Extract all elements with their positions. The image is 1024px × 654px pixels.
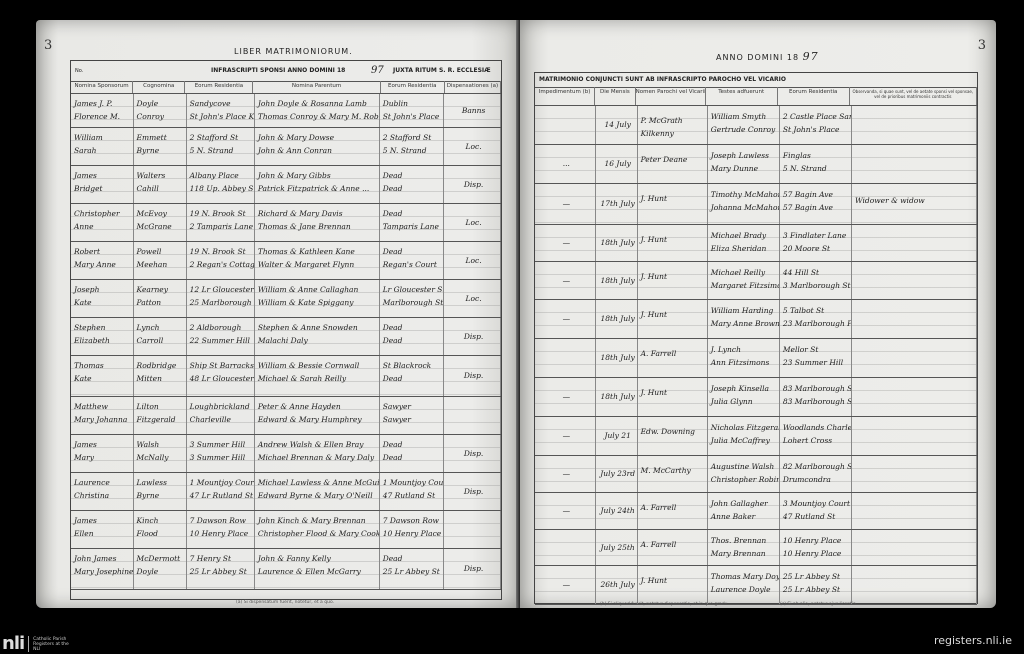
cell-line: Christopher (74, 207, 133, 220)
witnesses: Thomas Mary DoyleLaurence Doyle (708, 566, 780, 604)
cell-line: 5 N. Strand (383, 144, 443, 157)
marriage-date: 26th July (596, 566, 638, 604)
cell-line: Dead (383, 372, 443, 385)
cell-line: Thomas (74, 359, 133, 372)
surnames: PowellMeehan (134, 242, 187, 279)
parents-residence: Lr Gloucester StMarlborough St (380, 280, 444, 317)
cell-line: Timothy McMahon (711, 188, 779, 201)
cell-line: 2 Stafford St (383, 131, 443, 144)
left-banner-year: 97 (371, 61, 384, 81)
cell-line: 7 Henry St (190, 552, 254, 565)
cell-line: Mary Anne (74, 258, 133, 271)
officiating-priest: Edw. Downing (638, 417, 708, 455)
cell-line: Kate (74, 296, 133, 309)
cell-line: Lohert Cross (783, 434, 851, 447)
table-row: RobertMary AnnePowellMeehan19 N. Brook S… (71, 242, 501, 280)
left-page-number: 3 (44, 38, 52, 53)
residence: Ship St Barracks48 Lr Gloucester St (187, 356, 255, 396)
table-row: —26th JulyJ. HuntThomas Mary DoyleLauren… (535, 566, 977, 605)
cell-line: John Doyle & Rosanna Lamb (258, 97, 379, 110)
cell-line: 25 Lr Abbey St (190, 565, 254, 578)
column-header: Eorum Residentia (185, 81, 253, 93)
cell-line: Lynch (137, 321, 186, 334)
register-book: 3 LIBER MATRIMONIORUM. No. INFRASCRIPTI … (36, 20, 996, 608)
dispensation: Loc. (444, 204, 501, 241)
dispensation: Disp. (444, 435, 501, 472)
cell-line: J. Hunt (641, 270, 707, 283)
cell-line: St Blackrock (383, 359, 443, 372)
cell-line: Dead (383, 438, 443, 451)
cell-line: James J. P. (74, 97, 133, 110)
cell-line: Michael Reilly (711, 266, 779, 279)
cell-line: Christina (74, 489, 133, 502)
surnames: EmmettByrne (134, 128, 187, 165)
cell-line: 3 Mountjoy Court (783, 497, 851, 510)
marriage-date: 14 July (596, 106, 638, 144)
table-row: ThomasKateRodbridgeMittenShip St Barrack… (71, 356, 501, 397)
column-header: Testes adfuerunt (706, 87, 778, 105)
cell-line: Dead (383, 321, 443, 334)
cell-line: Lilton (137, 400, 186, 413)
officiating-priest: J. Hunt (638, 262, 708, 299)
groom-bride-given-names: JamesBridget (71, 166, 134, 203)
cell-line: Walter & Margaret Flynn (258, 258, 379, 271)
dispensation: Disp. (444, 166, 501, 203)
residence: 7 Dawson Row10 Henry Place (187, 511, 255, 548)
cell-line: Tamparis Lane (383, 220, 443, 233)
residence: 2 Stafford St5 N. Strand (187, 128, 255, 165)
cell-line: Florence M. (74, 110, 133, 123)
impediment: — (535, 566, 596, 604)
residence: SandycoveSt John's Place Kilkenny (187, 94, 255, 127)
cell-line: Dead (383, 552, 443, 565)
officiating-priest: P. McGrathKilkenny (638, 106, 708, 144)
cell-line: 2 Tamparis Lane (190, 220, 254, 233)
dispensation: Disp. (444, 549, 501, 589)
parents-names: Richard & Mary DavisThomas & Jane Brenna… (255, 204, 380, 241)
impediment (535, 530, 596, 565)
table-row: James J. P.Florence M.DoyleConroySandyco… (71, 94, 501, 128)
cell-line: Ellen (74, 527, 133, 540)
parents-residence: DeadDead (380, 166, 444, 203)
marriage-date: 18th July (596, 262, 638, 299)
witnesses-residence: 3 Findlater Lane20 Moore St (780, 225, 852, 261)
surnames: DoyleConroy (134, 94, 187, 127)
parents-residence: DeadRegan's Court (380, 242, 444, 279)
parents-names: John & Mary GibbsPatrick Fitzpatrick & A… (255, 166, 380, 203)
cell-line: Dublin (383, 97, 443, 110)
cell-line: 10 Henry Place (783, 547, 851, 560)
cell-line: 19 N. Brook St (190, 245, 254, 258)
notes: Widower & widow (852, 184, 977, 224)
cell-line: Andrew Walsh & Ellen Bray (258, 438, 379, 451)
cell-line: Mary Brennan (711, 547, 779, 560)
cell-line: Dead (383, 182, 443, 195)
groom-bride-given-names: JosephKate (71, 280, 134, 317)
cell-line: William Harding (711, 304, 779, 317)
cell-line: 118 Up. Abbey St (190, 182, 254, 195)
right-footnote-c: (c) Si ab alio, notetur ejus licentia. (780, 602, 857, 607)
cell-line: Robert (74, 245, 133, 258)
column-header: Nomen Parochi vel Vicarii (c) (636, 87, 706, 105)
cell-line: Mary Anne Brown (711, 317, 779, 330)
parents-residence: DublinSt John's Place (380, 94, 444, 127)
cell-line: Kinch (137, 514, 186, 527)
column-header: Nomina Parentum (253, 81, 380, 93)
residence: 12 Lr Gloucester Place25 Marlborough Pla… (187, 280, 255, 317)
cell-line: Bridget (74, 182, 133, 195)
dispensation: Loc. (444, 242, 501, 279)
cell-line: 3 Findlater Lane (783, 229, 851, 242)
cell-line: Ship St Barracks (190, 359, 254, 372)
surnames: WaltersCahill (134, 166, 187, 203)
nli-logo-text: Catholic Parish Registers at the NLI (33, 637, 73, 652)
parents-residence: DeadDead (380, 318, 444, 355)
cell-line: 19 N. Brook St (190, 207, 254, 220)
cell-line: 3 Summer Hill (190, 451, 254, 464)
residence: 2 Aldborough22 Summer Hill (187, 318, 255, 355)
cell-line: 23 Marlborough Place (783, 317, 851, 330)
right-footnote-b: (b) Si aliquod fuerit, notetur dispensat… (600, 602, 729, 607)
witnesses: Michael BradyEliza Sheridan (708, 225, 780, 261)
groom-bride-given-names: ThomasKate (71, 356, 134, 396)
witnesses-residence: Mellor St23 Summer Hill (780, 339, 852, 377)
cell-line: Anne Baker (711, 510, 779, 523)
surnames: KinchFlood (134, 511, 187, 548)
table-row: MatthewMary JohannaLiltonFitzgeraldLough… (71, 397, 501, 435)
surnames: McDermottDoyle (134, 549, 187, 589)
cell-line: McGrane (137, 220, 186, 233)
cell-line: Mary (74, 451, 133, 464)
officiating-priest: Peter Deane (638, 145, 708, 183)
cell-line: Malachi Daly (258, 334, 379, 347)
impediment: — (535, 300, 596, 338)
left-banner-text: INFRASCRIPTI SPONSI ANNO DOMINI 18 (211, 61, 345, 81)
cell-line: Stephen & Anne Snowden (258, 321, 379, 334)
parents-names: Andrew Walsh & Ellen BrayMichael Brennan… (255, 435, 380, 472)
table-row: —18th JulyJ. HuntWilliam HardingMary Ann… (535, 300, 977, 339)
cell-line: Eliza Sheridan (711, 242, 779, 255)
witnesses: Augustine WalshChristopher Robinson (708, 456, 780, 492)
cell-line: William Smyth (711, 110, 779, 123)
impediment: — (535, 225, 596, 261)
witnesses: John GallagherAnne Baker (708, 493, 780, 529)
impediment: — (535, 493, 596, 529)
cell-line: Michael Brennan & Mary Daly (258, 451, 379, 464)
cell-line: Michael & Sarah Reilly (258, 372, 379, 385)
cell-line: Joseph Lawless (711, 149, 779, 162)
column-header: Nomina Sponsorum (71, 81, 133, 93)
cell-line: Richard & Mary Davis (258, 207, 379, 220)
cell-line: 25 Lr Abbey St (783, 570, 851, 583)
cell-line: St John's Place (383, 110, 443, 123)
cell-line: John Kinch & Mary Brennan (258, 514, 379, 527)
table-row: July 25thA. FarrellThos. BrennanMary Bre… (535, 530, 977, 566)
dispensation: Disp. (444, 356, 501, 396)
cell-line: Marlborough St (383, 296, 443, 309)
parents-residence: SawyerSawyer (380, 397, 444, 434)
cell-line: 7 Dawson Row (383, 514, 443, 527)
column-header: Die Mensis (595, 87, 635, 105)
marriage-date: 18th July (596, 225, 638, 261)
cell-line: John & Mary Dowse (258, 131, 379, 144)
impediment: ... (535, 145, 596, 183)
cell-line: Laurence (74, 476, 133, 489)
cell-line: Dead (383, 451, 443, 464)
cell-line: 2 Aldborough (190, 321, 254, 334)
officiating-priest: J. Hunt (638, 566, 708, 604)
notes (852, 456, 977, 492)
cell-line: Doyle (137, 565, 186, 578)
table-row: JamesBridgetWaltersCahillAlbany Place118… (71, 166, 501, 204)
cell-line: Julia McCaffrey (711, 434, 779, 447)
cell-line: Loughbrickland (190, 400, 254, 413)
cell-line: James (74, 438, 133, 451)
cell-line: J. Lynch (711, 343, 779, 356)
left-page: 3 LIBER MATRIMONIORUM. No. INFRASCRIPTI … (36, 20, 520, 608)
right-page-title: ANNO DOMINI 18 97 (716, 50, 819, 63)
cell-line: William & Bessie Cornwall (258, 359, 379, 372)
groom-bride-given-names: MatthewMary Johanna (71, 397, 134, 434)
cell-line: A. Farrell (641, 347, 707, 360)
parents-names: Stephen & Anne SnowdenMalachi Daly (255, 318, 380, 355)
parents-residence: 2 Stafford St5 N. Strand (380, 128, 444, 165)
witnesses: Joseph LawlessMary Dunne (708, 145, 780, 183)
notes (852, 225, 977, 261)
table-row: LaurenceChristinaLawlessByrne1 Mountjoy … (71, 473, 501, 511)
right-title-year: 97 (803, 50, 819, 63)
cell-line: 44 Hill St (783, 266, 851, 279)
cell-line: Edw. Downing (641, 425, 707, 438)
groom-bride-given-names: LaurenceChristina (71, 473, 134, 510)
cell-line: 47 Lr Rutland St (190, 489, 254, 502)
notes (852, 530, 977, 565)
table-row: StephenElizabethLynchCarroll2 Aldborough… (71, 318, 501, 356)
cell-line: Joseph Kinsella (711, 382, 779, 395)
cell-line: Rodbridge (137, 359, 186, 372)
cell-line: Anne (74, 220, 133, 233)
cell-line: McDermott (137, 552, 186, 565)
impediment: — (535, 262, 596, 299)
nli-logo: nli Catholic Parish Registers at the NLI (2, 636, 73, 652)
witnesses-residence: 82 Marlborough StDrumcondra (780, 456, 852, 492)
residence: 19 N. Brook St2 Regan's Cottage (187, 242, 255, 279)
column-header: Impedimentum (b) (535, 87, 595, 105)
table-row: John JamesMary JosephineMcDermottDoyle7 … (71, 549, 501, 590)
cell-line: A. Farrell (641, 501, 707, 514)
cell-line: Margaret Fitzsimons (711, 279, 779, 292)
notes (852, 339, 977, 377)
witnesses-residence: 10 Henry Place10 Henry Place (780, 530, 852, 565)
left-rows: James J. P.Florence M.DoyleConroySandyco… (71, 94, 501, 590)
notes (852, 417, 977, 455)
cell-line: Dead (383, 334, 443, 347)
nli-logo-mark: nli (2, 636, 29, 652)
notes (852, 300, 977, 338)
witnesses: Michael ReillyMargaret Fitzsimons (708, 262, 780, 299)
cell-line: Kate (74, 372, 133, 385)
column-header: Eorum Residentia (381, 81, 445, 93)
cell-line: Thomas & Jane Brennan (258, 220, 379, 233)
table-row: —18th JulyJ. HuntMichael BradyEliza Sher… (535, 225, 977, 262)
cell-line: 57 Bagin Ave (783, 201, 851, 214)
left-banner: No. INFRASCRIPTI SPONSI ANNO DOMINI 1897… (71, 61, 501, 82)
marriages-table-right: MATRIMONIO CONJUNCTI SUNT AB INFRASCRIPT… (534, 72, 978, 604)
marriage-date: 17th July (596, 184, 638, 224)
cell-line: 47 Rutland St (383, 489, 443, 502)
cell-line: 20 Moore St (783, 242, 851, 255)
parents-residence: DeadDead (380, 435, 444, 472)
cell-line: St John's Place (783, 123, 851, 136)
cell-line: 3 Summer Hill (190, 438, 254, 451)
cell-line: 5 Talbot St (783, 304, 851, 317)
dispensation (444, 397, 501, 434)
dispensation: Loc. (444, 280, 501, 317)
impediment: — (535, 417, 596, 455)
cell-line: Doyle (137, 97, 186, 110)
cell-line: Dead (383, 207, 443, 220)
cell-line: Laurence Doyle (711, 583, 779, 596)
column-header: Observanda, si quae sunt, vel de aetate … (850, 87, 977, 105)
marriages-table-left: No. INFRASCRIPTI SPONSI ANNO DOMINI 1897… (70, 60, 502, 600)
residence: LoughbricklandCharleville (187, 397, 255, 434)
groom-bride-given-names: RobertMary Anne (71, 242, 134, 279)
impediment: — (535, 184, 596, 224)
left-banner-suffix: JUXTA RITUM S. R. ECCLESIÆ (393, 61, 491, 81)
parents-residence: 1 Mountjoy Court47 Rutland St (380, 473, 444, 510)
witnesses: J. LynchAnn Fitzsimons (708, 339, 780, 377)
cell-line: Kearney (137, 283, 186, 296)
officiating-priest: J. Hunt (638, 225, 708, 261)
cell-line: Meehan (137, 258, 186, 271)
cell-line: Thomas & Kathleen Kane (258, 245, 379, 258)
cell-line: 10 Henry Place (383, 527, 443, 540)
cell-line: Augustine Walsh (711, 460, 779, 473)
groom-bride-given-names: James J. P.Florence M. (71, 94, 134, 127)
cell-line: Woodlands Charleville (783, 421, 851, 434)
left-footnote: (a) Si dispensatum fuerit, notetur, et a… (236, 600, 334, 605)
officiating-priest: A. Farrell (638, 339, 708, 377)
parents-names: John & Mary DowseJohn & Ann Conran (255, 128, 380, 165)
groom-bride-given-names: WilliamSarah (71, 128, 134, 165)
cell-line: Mary Johanna (74, 413, 133, 426)
cell-line: Johanna McMahon (711, 201, 779, 214)
cell-line: Walsh (137, 438, 186, 451)
cell-line: Drumcondra (783, 473, 851, 486)
impediment: — (535, 456, 596, 492)
officiating-priest: J. Hunt (638, 184, 708, 224)
cell-line: Thos. Brennan (711, 534, 779, 547)
witnesses: Nicholas FitzgeraldJulia McCaffrey (708, 417, 780, 455)
cell-line: Lawless (137, 476, 186, 489)
residence: 1 Mountjoy Court47 Lr Rutland St (187, 473, 255, 510)
right-banner: MATRIMONIO CONJUNCTI SUNT AB INFRASCRIPT… (535, 73, 977, 88)
cell-line: 2 Regan's Cottage (190, 258, 254, 271)
cell-line: John James (74, 552, 133, 565)
dispensation (444, 511, 501, 548)
officiating-priest: A. Farrell (638, 493, 708, 529)
cell-line: Emmett (137, 131, 186, 144)
cell-line: 5 N. Strand (783, 162, 851, 175)
dispensation: Disp. (444, 473, 501, 510)
notes (852, 262, 977, 299)
cell-line: 7 Dawson Row (190, 514, 254, 527)
cell-line: J. Hunt (641, 574, 707, 587)
table-row: JamesMaryWalshMcNally3 Summer Hill3 Summ… (71, 435, 501, 473)
cell-line: Powell (137, 245, 186, 258)
cell-line: 25 Marlborough Place (190, 296, 254, 309)
cell-line: 2 Castle Place Sandycove (783, 110, 851, 123)
marriage-date: July 25th (596, 530, 638, 565)
cell-line: McEvoy (137, 207, 186, 220)
cell-line: Matthew (74, 400, 133, 413)
cell-line: 10 Henry Place (190, 527, 254, 540)
witnesses-residence: 3 Mountjoy Court47 Rutland St (780, 493, 852, 529)
marriage-date: 18th July (596, 378, 638, 416)
cell-line: J. Hunt (641, 386, 707, 399)
cell-line: J. Hunt (641, 233, 707, 246)
witnesses-residence: Woodlands CharlevilleLohert Cross (780, 417, 852, 455)
parents-names: William & Anne CallaghanWilliam & Kate S… (255, 280, 380, 317)
left-page-title: LIBER MATRIMONIORUM. (234, 47, 353, 56)
dispensation: Banns (444, 94, 501, 127)
cell-line: 1 Mountjoy Court (383, 476, 443, 489)
cell-line: McNally (137, 451, 186, 464)
parents-residence: 7 Dawson Row10 Henry Place (380, 511, 444, 548)
surnames: RodbridgeMitten (134, 356, 187, 396)
notes (852, 106, 977, 144)
right-column-headers: Impedimentum (b)Die MensisNomen Parochi … (535, 87, 977, 106)
witnesses-residence: 5 Talbot St23 Marlborough Place (780, 300, 852, 338)
cell-line: St John's Place Kilkenny (190, 110, 254, 123)
site-url[interactable]: registers.nli.ie (934, 634, 1012, 647)
cell-line: Thomas Mary Doyle (711, 570, 779, 583)
surnames: LiltonFitzgerald (134, 397, 187, 434)
table-row: JamesEllenKinchFlood7 Dawson Row10 Henry… (71, 511, 501, 549)
officiating-priest: J. Hunt (638, 300, 708, 338)
cell-line: M. McCarthy (641, 464, 707, 477)
cell-line: Peter Deane (641, 153, 707, 166)
cell-line: 25 Lr Abbey St (783, 583, 851, 596)
residence: 7 Henry St25 Lr Abbey St (187, 549, 255, 589)
table-row: ...16 JulyPeter DeaneJoseph LawlessMary … (535, 145, 977, 184)
cell-line: P. McGrath (641, 114, 707, 127)
right-rows: 14 JulyP. McGrathKilkennyWilliam SmythGe… (535, 106, 977, 605)
cell-line: Thomas Conroy & Mary M. Robbin (258, 110, 379, 123)
cell-line: Christopher Robinson (711, 473, 779, 486)
residence: 19 N. Brook St2 Tamparis Lane (187, 204, 255, 241)
cell-line: Byrne (137, 144, 186, 157)
notes (852, 145, 977, 183)
cell-line: Laurence & Ellen McGarry (258, 565, 379, 578)
cell-line: 12 Lr Gloucester Place (190, 283, 254, 296)
parents-names: Thomas & Kathleen KaneWalter & Margaret … (255, 242, 380, 279)
witnesses-residence: 2 Castle Place SandycoveSt John's Place (780, 106, 852, 144)
cell-line: Mitten (137, 372, 186, 385)
notes (852, 566, 977, 604)
cell-line: 2 Stafford St (190, 131, 254, 144)
officiating-priest: M. McCarthy (638, 456, 708, 492)
column-header: Eorum Residentia (778, 87, 850, 105)
cell-line: Lr Gloucester St (383, 283, 443, 296)
cell-line: Carroll (137, 334, 186, 347)
cell-line: John & Mary Gibbs (258, 169, 379, 182)
cell-line: 5 N. Strand (190, 144, 254, 157)
cell-line: 47 Rutland St (783, 510, 851, 523)
cell-line: Sawyer (383, 400, 443, 413)
cell-line: A. Farrell (641, 538, 707, 551)
groom-bride-given-names: StephenElizabeth (71, 318, 134, 355)
